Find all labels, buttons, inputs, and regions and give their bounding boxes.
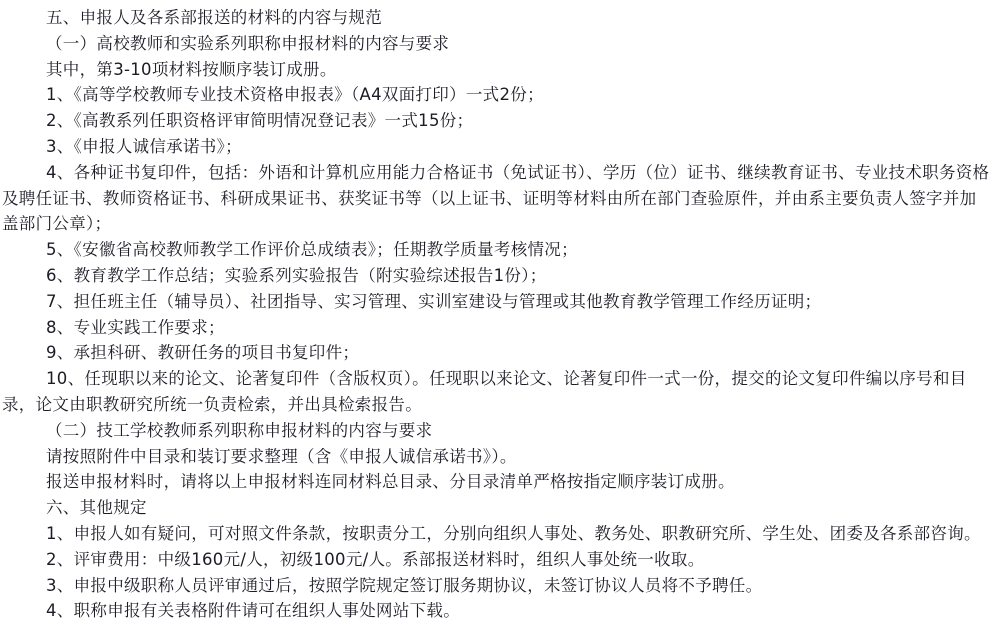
section-6-heading: 六、其他规定 [2, 495, 990, 521]
document-body: 五、申报人及各系部报送的材料的内容与规范 （一）高校教师和实验系列职称申报材料的… [2, 5, 990, 624]
material-item-7: 7、担任班主任（辅导员）、社团指导、实习管理、实训室建设与管理或其他教育教学管理… [2, 289, 990, 315]
material-item-5: 5、《安徽省高校教师教学工作评价总成绩表》；任期教学质量考核情况； [2, 237, 990, 263]
submission-binding-note: 报送申报材料时，请将以上申报材料连同材料总目录、分目录清单严格按指定顺序装订成册… [2, 469, 990, 495]
other-rule-3: 3、申报中级职称人员评审通过后，按照学院规定签订服务期协议，未签订协议人员将不予… [2, 573, 990, 599]
material-item-9: 9、承担科研、教研任务的项目书复印件； [2, 340, 990, 366]
material-item-8: 8、专业实践工作要求； [2, 315, 990, 341]
binding-order-note: 其中，第3-10项材料按顺序装订成册。 [2, 57, 990, 83]
material-item-3: 3、《申报人诚信承诺书》； [2, 134, 990, 160]
material-item-2: 2、《高教系列任职资格评审简明情况登记表》一式15份； [2, 108, 990, 134]
other-rule-2: 2、评审费用：中级160元/人，初级100元/人。系部报送材料时，组织人事处统一… [2, 547, 990, 573]
other-rule-1: 1、申报人如有疑问，可对照文件条款，按职责分工，分别向组织人事处、教务处、职教研… [2, 521, 990, 547]
subsection-1-heading: （一）高校教师和实验系列职称申报材料的内容与要求 [2, 31, 990, 57]
document-page: 五、申报人及各系部报送的材料的内容与规范 （一）高校教师和实验系列职称申报材料的… [0, 0, 992, 636]
material-item-10: 10、任现职以来的论文、论著复印件（含版权页）。任现职以来论文、论著复印件一式一… [2, 366, 990, 418]
attachment-catalog-note: 请按照附件中目录和装订要求整理（含《申报人诚信承诺书》）。 [2, 444, 990, 470]
other-rule-4: 4、职称申报有关表格附件请可在组织人事处网站下载。 [2, 598, 990, 624]
material-item-6: 6、教育教学工作总结；实验系列实验报告（附实验综述报告1份）； [2, 263, 990, 289]
subsection-2-heading: （二）技工学校教师系列职称申报材料的内容与要求 [2, 418, 990, 444]
material-item-4: 4、各种证书复印件，包括：外语和计算机应用能力合格证书（免试证书）、学历（位）证… [2, 160, 990, 237]
section-5-heading: 五、申报人及各系部报送的材料的内容与规范 [2, 5, 990, 31]
material-item-1: 1、《高等学校教师专业技术资格申报表》（A4双面打印）一式2份； [2, 82, 990, 108]
